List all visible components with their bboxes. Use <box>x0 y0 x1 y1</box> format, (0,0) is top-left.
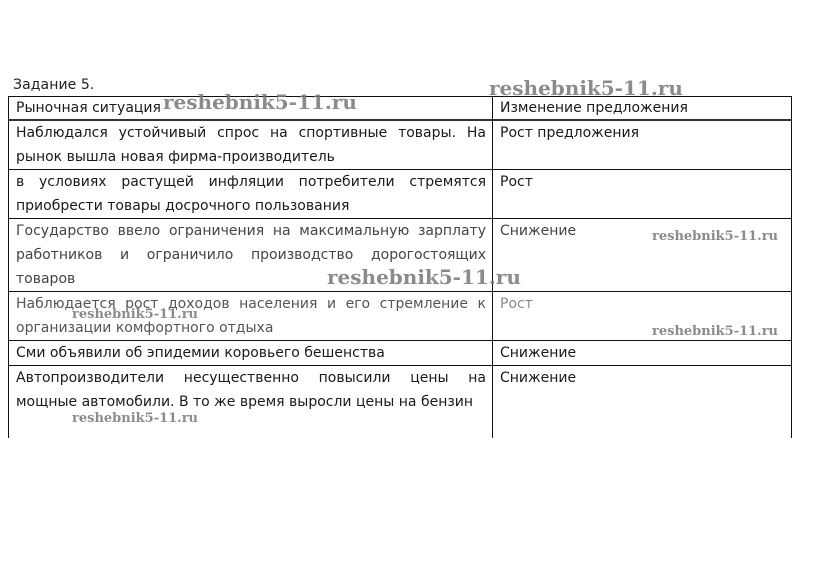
watermark: reshebnik5-11.ru <box>72 411 198 426</box>
watermark: reshebnik5-11.ru <box>652 324 778 339</box>
watermark: reshebnik5-11.ru <box>652 229 778 244</box>
table-header-row: Рыночная ситуация Изменение предложения <box>9 97 792 121</box>
supply-change-cell: Рост <box>493 170 792 219</box>
watermark: reshebnik5-11.ru <box>72 307 198 322</box>
table-row: Автопроизводители несущественно повысили… <box>9 366 792 439</box>
watermark: reshebnik5-11.ru <box>327 265 521 289</box>
situation-cell: Автопроизводители несущественно повысили… <box>9 366 493 439</box>
supply-change-cell: Рост предложения <box>493 120 792 170</box>
table-row: в условиях растущей инфляции потребители… <box>9 170 792 219</box>
supply-change-cell: Снижение <box>493 341 792 366</box>
situation-cell: Наблюдался устойчивый спрос на спортивны… <box>9 120 493 170</box>
watermark: reshebnik5-11.ru <box>489 76 683 100</box>
table-row: Сми объявили об эпидемии коровьего бешен… <box>9 341 792 366</box>
supply-change-cell: Снижение <box>493 366 792 439</box>
watermark: reshebnik5-11.ru <box>163 90 357 114</box>
header-supply-change: Изменение предложения <box>493 97 792 121</box>
table-row: Наблюдался устойчивый спрос на спортивны… <box>9 120 792 170</box>
situation-cell: в условиях растущей инфляции потребители… <box>9 170 493 219</box>
situation-cell: Сми объявили об эпидемии коровьего бешен… <box>9 341 493 366</box>
task-caption: Задание 5. <box>13 77 95 93</box>
